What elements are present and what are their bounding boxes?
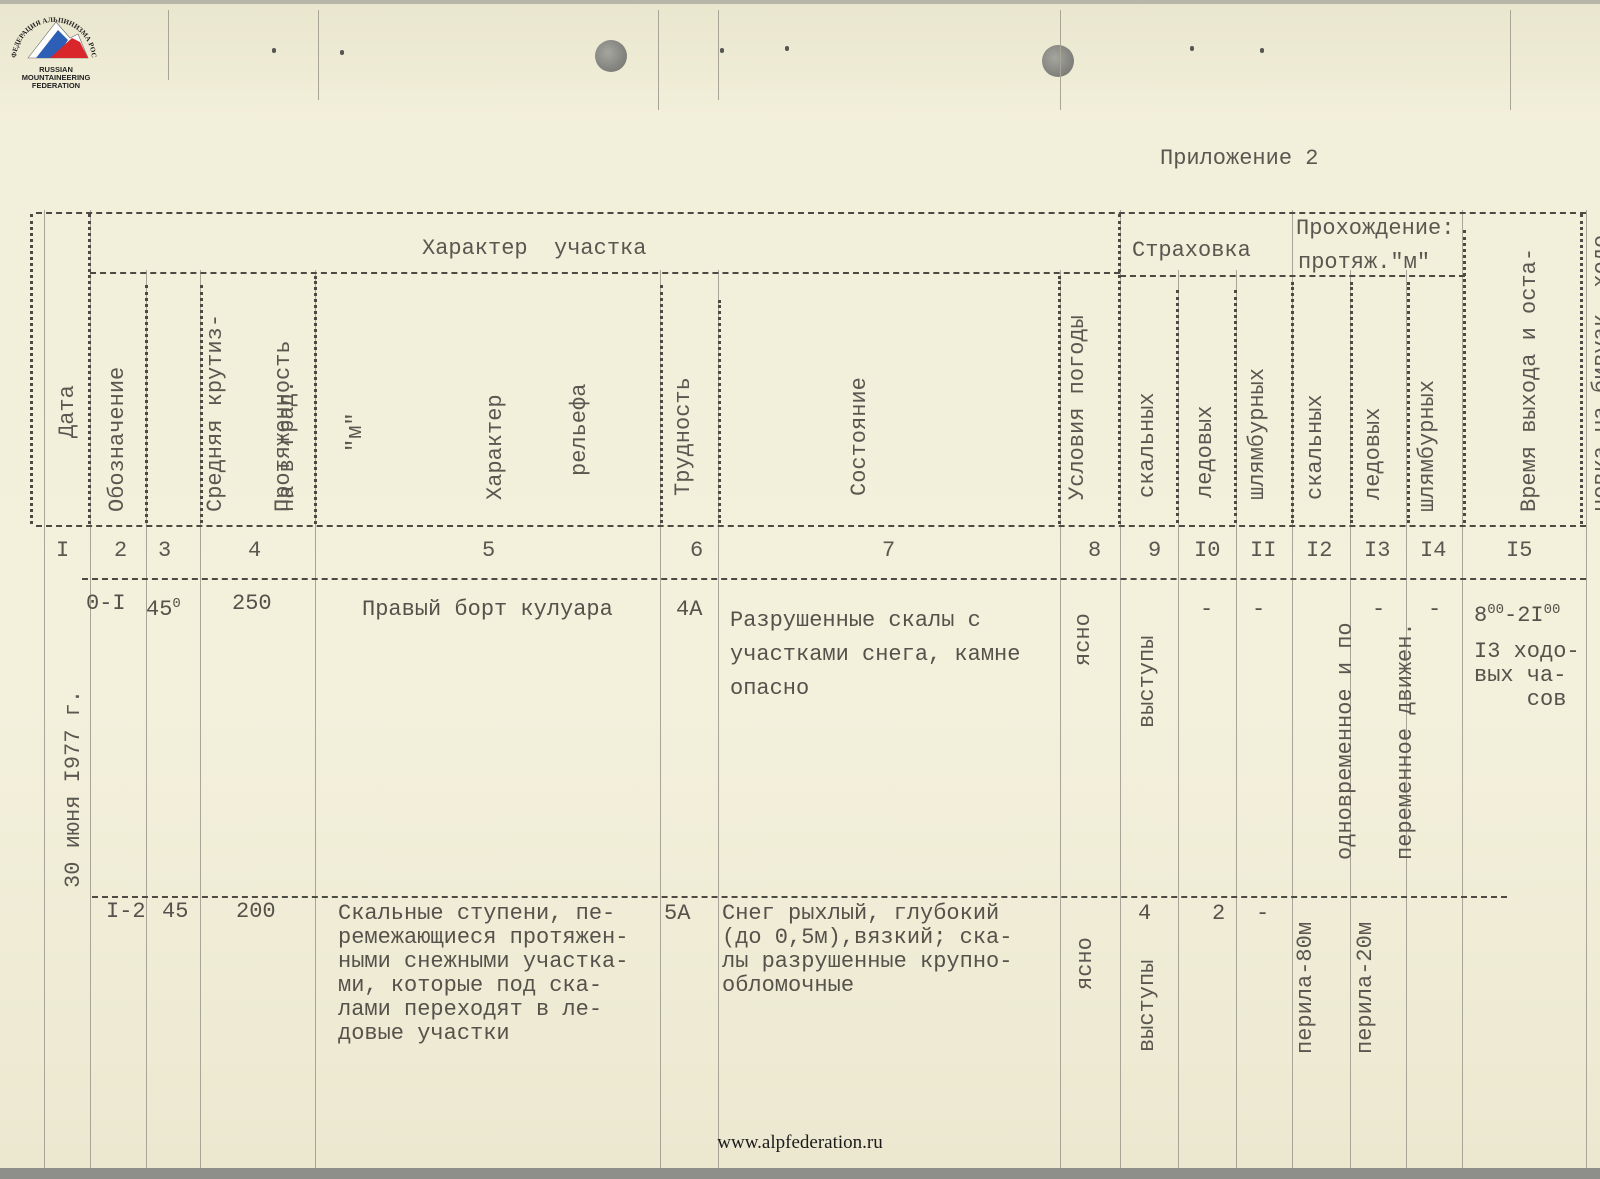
belay-ice-cell: 2 [1212, 902, 1225, 926]
col-number: 4 [248, 538, 261, 563]
belay-rock-cell: выступы [1136, 960, 1160, 1052]
time-end-minutes: 00 [1544, 602, 1561, 618]
header-separator [1234, 290, 1237, 523]
ink-speck [340, 50, 344, 55]
col-number: I3 [1364, 538, 1390, 563]
ink-speck [272, 48, 276, 53]
page-top-edge [0, 0, 1600, 4]
length-line: "м" [344, 340, 368, 512]
numbers-row-border [82, 578, 1586, 580]
belay-rock-count-cell: 4 [1138, 902, 1151, 926]
steepness-cell: 450 [146, 592, 181, 622]
passage-rock-cell: перила-80м [1294, 922, 1318, 1054]
time-line: новка на бивуак, ходо- [1590, 222, 1600, 512]
header-divider [90, 272, 1120, 274]
header-separator [1463, 230, 1466, 523]
designation-cell: I-2 [106, 900, 146, 924]
col-number: 3 [158, 538, 171, 563]
col-header-passage-rock: скальных [1304, 394, 1328, 500]
weather-cell: ясно [1074, 937, 1098, 990]
passage-ice-cell: перила-20м [1354, 922, 1378, 1054]
federation-logo: ФЕДЕРАЦИЯ АЛЬПИНИЗМА РОССИИ RUSSIAN MOUN… [6, 8, 102, 88]
col-header-passage-anchor: шлямбурных [1416, 380, 1440, 512]
col-number: I5 [1506, 538, 1532, 563]
passage-line: одновременное и по [1336, 622, 1356, 860]
col-header-time: Время выхода и оста- новка на бивуак, хо… [1470, 222, 1600, 512]
length-cell: 250 [232, 592, 272, 616]
ruled-line [1510, 10, 1511, 110]
row-divider [92, 896, 1507, 898]
ruled-line [718, 10, 719, 100]
page-bottom-edge [0, 1168, 1600, 1179]
length-line: Протяженность [272, 340, 296, 512]
col-number: I2 [1306, 538, 1332, 563]
hours-cell: I3 ходо- вых ча- сов [1474, 640, 1580, 712]
header-separator [1176, 290, 1179, 523]
time-start: 8 [1474, 603, 1487, 628]
col-header-date: Дата [56, 385, 80, 438]
col-header-difficulty: Трудность [672, 377, 696, 496]
relief-line: Характер [484, 384, 508, 500]
col-header-belay-anchor: шлямбурных [1246, 368, 1270, 500]
relief-cell: Скальные ступени, пе- ремежающиеся протя… [338, 902, 628, 1046]
binder-hole [1042, 45, 1074, 77]
passage-anchor-cell: - [1428, 598, 1441, 622]
footer-url: www.alpfederation.ru [0, 1132, 1600, 1154]
passage-line: переменное движен. [1396, 622, 1416, 860]
col-header-condition: Состояние [848, 377, 872, 496]
steepness-cell: 45 [162, 900, 188, 924]
degree-mark: 0 [172, 596, 180, 612]
time-line: Время выхода и оста- [1518, 222, 1542, 512]
col-header-passage-ice: ледовых [1362, 408, 1386, 500]
relief-cell: Правый борт кулуара [362, 598, 613, 622]
logo-caption: RUSSIAN MOUNTAINEERING FEDERATION [16, 66, 96, 90]
col-number: 5 [482, 538, 495, 563]
col-header-belay-rock: скальных [1136, 392, 1160, 498]
belay-anchor-cell: - [1252, 598, 1265, 622]
col-number: 7 [882, 538, 895, 563]
col-header-relief: Характер рельефа [436, 384, 616, 500]
header-separator [145, 285, 148, 523]
mountain-logo-icon: ФЕДЕРАЦИЯ АЛЬПИНИЗМА РОССИИ [6, 8, 102, 68]
column-rule [44, 210, 45, 1168]
col-number: 9 [1148, 538, 1161, 563]
belay-rock-cell: выступы [1136, 636, 1160, 728]
ruled-line [658, 10, 659, 110]
ink-speck [1190, 46, 1194, 51]
time-cell: 800-2I00 [1474, 598, 1560, 628]
col-number: I [56, 538, 69, 563]
header-bottom-border [36, 525, 1586, 527]
header-separator [660, 285, 663, 523]
header-separator [1118, 214, 1121, 524]
condition-cell: Разрушенные скалы с участками снега, кам… [730, 604, 1020, 706]
difficulty-cell: 5A [664, 902, 690, 926]
ruled-line [168, 10, 169, 80]
header-separator [718, 300, 721, 523]
col-header-designation: Обозначение [106, 367, 130, 512]
col-number: I4 [1420, 538, 1446, 563]
date-value: 30 июня I977 г. [62, 690, 86, 888]
time-start-minutes: 00 [1487, 602, 1504, 618]
ink-speck [1260, 48, 1264, 53]
table-top-border [36, 212, 1586, 214]
belay-group-header: Страховка [1132, 238, 1251, 263]
col-number: 8 [1088, 538, 1101, 563]
header-separator [1291, 282, 1294, 523]
ruled-line [318, 10, 319, 100]
col-header-length: Протяженность "м" [224, 340, 392, 512]
col-number: 2 [114, 538, 127, 563]
difficulty-cell: 4A [676, 598, 702, 622]
time-end: -2I [1504, 603, 1544, 628]
belay-anchor-cell: - [1256, 902, 1269, 926]
passage-rock-cell: одновременное и по переменное движен. [1296, 622, 1456, 860]
relief-line: рельефа [556, 384, 592, 500]
ink-speck [720, 48, 724, 53]
header-separator [1058, 276, 1061, 524]
ink-speck [785, 46, 789, 51]
col-number: 6 [690, 538, 703, 563]
header-separator [30, 214, 33, 524]
appendix-label: Приложение 2 [1160, 146, 1318, 171]
passage-ice-cell: - [1372, 598, 1385, 622]
ruled-line [1060, 10, 1061, 110]
header-divider [1120, 275, 1465, 277]
header-separator [1350, 282, 1353, 523]
belay-ice-cell: - [1200, 598, 1213, 622]
col-header-weather: Условия погоды [1066, 315, 1090, 500]
header-separator [1407, 282, 1410, 523]
binder-hole [595, 40, 627, 72]
steepness-value: 45 [146, 597, 172, 622]
passage-group-header: Прохождение: [1296, 216, 1454, 241]
weather-cell: ясно [1072, 613, 1096, 666]
section-character-header: Характер участка [422, 236, 646, 261]
header-separator [88, 214, 91, 524]
col-header-belay-ice: ледовых [1194, 406, 1218, 498]
length-cell: 200 [236, 900, 276, 924]
logo-line: FEDERATION [16, 82, 96, 90]
col-number: I0 [1194, 538, 1220, 563]
condition-cell: Снег рыхлый, глубокий (до 0,5м),вязкий; … [722, 902, 1012, 998]
designation-cell: 0-I [86, 592, 126, 616]
col-number: II [1250, 538, 1276, 563]
passage-group-subheader: протяж."м" [1298, 250, 1430, 275]
